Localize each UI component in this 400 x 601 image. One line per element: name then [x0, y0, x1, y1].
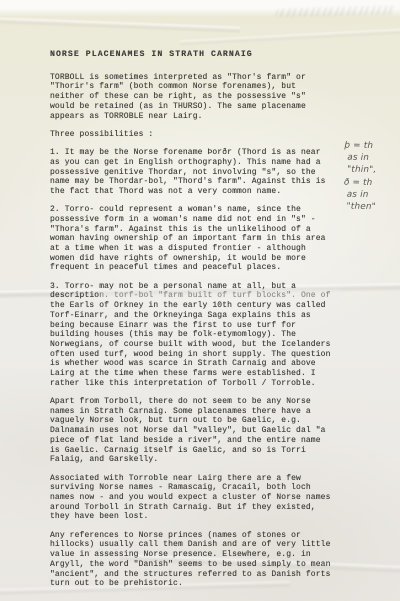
typed-document-body: NORSE PLACENAMES IN STRATH CARNAIG TORBO…: [50, 50, 342, 589]
paragraph-possibility-1: 1. It may be the Norse forename Þorðr (T…: [50, 148, 342, 197]
paragraph-associated-torroble: Associated with Torroble near Lairg ther…: [50, 474, 342, 523]
crease-fade-over-text: [100, 289, 340, 298]
scanned-paper-sheet: NORSE PLACENAMES IN STRATH CARNAIG TORBO…: [0, 0, 400, 601]
paragraph-norse-princes: Any references to Norse princes (names o…: [50, 531, 342, 589]
document-title: NORSE PLACENAMES IN STRATH CARNAIG: [50, 50, 342, 60]
handwritten-margin-note: þ = th as in "thin", ð = th as in "then": [343, 140, 398, 214]
paragraph-possibility-2: 2. Torro- could represent a woman's name…: [50, 205, 342, 273]
paragraph-intro: TORBOLL is sometimes interpreted as "Tho…: [50, 73, 342, 122]
paper-crease: [0, 17, 240, 34]
paragraph-apart-from-torboll: Apart from Torboll, there do not seem to…: [50, 397, 342, 465]
paper-crease: [180, 28, 400, 47]
paragraph-possibilities-heading: Three possibilities :: [50, 130, 342, 140]
